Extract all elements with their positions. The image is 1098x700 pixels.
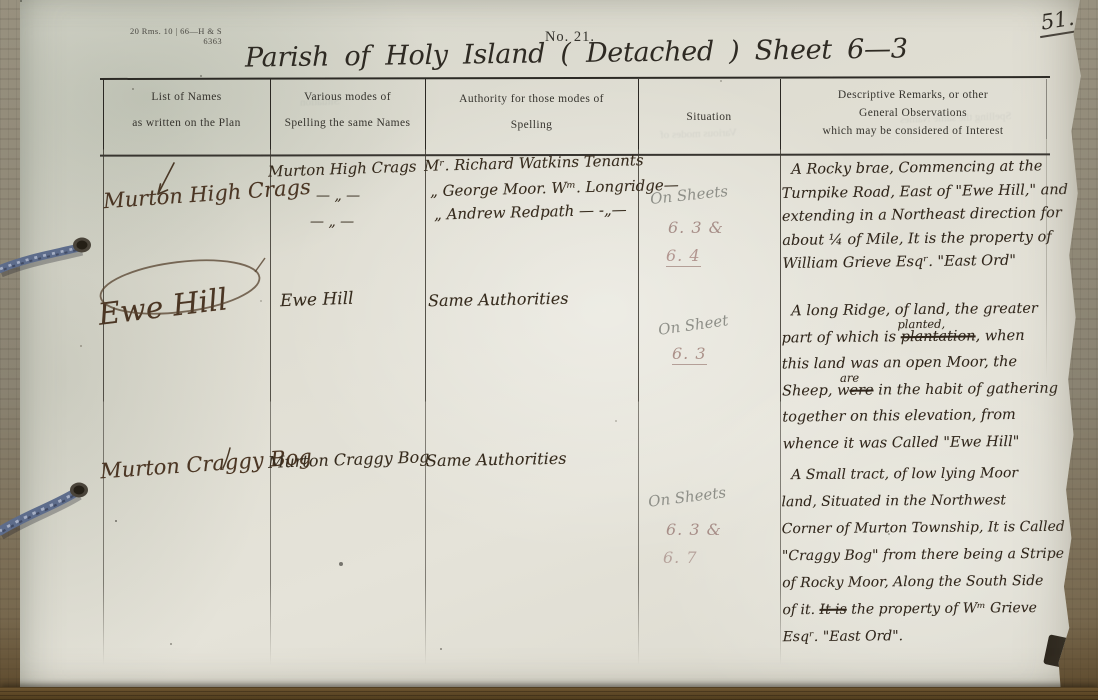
folio-number: 51. (1036, 5, 1081, 38)
inserted-word: planted, (897, 316, 945, 330)
remarks-line: of it. It is the property of Wᵐ Grieve (782, 600, 1065, 629)
spelling-entry: Ewe Hill (280, 289, 354, 312)
remarks-segment: of it. (782, 602, 819, 618)
remarks-block: A long Ridge, of land, the greater part … (781, 301, 1059, 463)
situation-label: On Sheets (647, 483, 727, 510)
remarks-block: A Small tract, of low lying Moor land, S… (781, 465, 1066, 656)
remarks-segment: the property of Wᵐ Grieve (847, 600, 1037, 618)
remarks-line: this land was an open Moor, the (782, 354, 1058, 383)
remarks-line: Esqʳ. "East Ord". (783, 627, 1066, 656)
remarks-line: "Craggy Bog" from there being a Stripe (782, 546, 1065, 575)
printer-stamp-line2: 6363 (203, 36, 222, 46)
remarks-segment: , when (976, 327, 1025, 344)
table-rule-top (100, 76, 1050, 80)
column-line-left (103, 79, 104, 665)
spelling-ditto: — „ — (310, 214, 354, 230)
struck-word: It is (819, 602, 846, 618)
inserted-word: are (840, 370, 859, 384)
header-authority: Authority for those modes of Spelling (425, 86, 638, 138)
situation-label: On Sheet (657, 311, 729, 339)
situation-sheet-number: 6. 3 & (668, 218, 724, 237)
spelling-ditto: — „ — (316, 188, 360, 204)
header-spelling-line1: Various modes of (270, 84, 425, 110)
header-names-line2: as written on the Plan (103, 110, 270, 136)
situation-sheet-number: 6. 3 & (666, 520, 722, 539)
header-situation: Situation (638, 104, 780, 130)
header-spelling-line2: Spelling the same Names (270, 110, 425, 136)
struck-word: ere (849, 382, 873, 398)
header-authority-line1: Authority for those modes of (425, 86, 638, 112)
authority-entry: Same Authorities (428, 289, 569, 310)
header-names: List of Names as written on the Plan (103, 84, 270, 136)
header-spelling: Various modes of Spelling the same Names (270, 84, 425, 136)
bleedthrough-text: Situation (300, 95, 340, 108)
printer-stamp-line1: 20 Rms. 10 | 66—H & S (130, 26, 222, 36)
ledger-page: 20 Rms. 10 | 66—H & S 6363 No. 21. Paris… (20, 0, 1082, 690)
remarks-line: Sheep, were in the habit of gathering ar… (782, 380, 1058, 409)
parish-title: Parish of Holy Island ( Detached ) Sheet… (245, 33, 908, 73)
remarks-segment: Sheep, w (782, 382, 850, 399)
situation-sheet-number: 6. 7 (663, 548, 698, 567)
situation-sheet-number: 6. 4 (666, 246, 701, 267)
name-on-plan: Murton High Crags (102, 175, 311, 213)
remarks-block: A Rocky brae, Commencing at the Turnpike… (781, 158, 1069, 279)
remarks-line: William Grieve Esqʳ. "East Ord" (783, 252, 1070, 279)
paper-specks (20, 0, 22, 2)
authority-entry: „ Andrew Redpath — -„— (434, 200, 627, 223)
bleedthrough-text: Various modes of (660, 127, 737, 142)
remarks-line: part of which is plantation, when plante… (781, 327, 1057, 356)
remarks-line: together on this elevation, from (782, 407, 1058, 436)
header-remarks-line1: Descriptive Remarks, or other (780, 86, 1046, 104)
remarks-line: A Small tract, of low lying Moor (781, 465, 1064, 494)
header-authority-line2: Spelling (425, 112, 638, 138)
authority-entry: „ George Moor. Wᵐ. Longridge— (430, 176, 679, 201)
spelling-entry: Murton High Crags (268, 157, 417, 180)
remarks-segment: in the habit of gathering (873, 380, 1058, 398)
name-on-plan: Ewe Hill (96, 282, 229, 333)
remarks-line: whence it was Called "Ewe Hill" (783, 433, 1059, 462)
authority-entry: Same Authorities (426, 449, 567, 470)
remarks-line: land, Situated in the Northwest (781, 492, 1064, 521)
table-surface-bottom (0, 687, 1098, 700)
header-situation-line1: Situation (638, 104, 780, 130)
remarks-line: of Rocky Moor, Along the South Side (782, 573, 1065, 602)
situation-sheet-number: 6. 3 (672, 344, 707, 365)
header-names-line1: List of Names (103, 84, 270, 110)
printer-stamp: 20 Rms. 10 | 66—H & S 6363 (110, 26, 222, 46)
remarks-segment: part of which is (781, 329, 900, 346)
remarks-line: Corner of Murton Township, It is Called (782, 519, 1065, 548)
